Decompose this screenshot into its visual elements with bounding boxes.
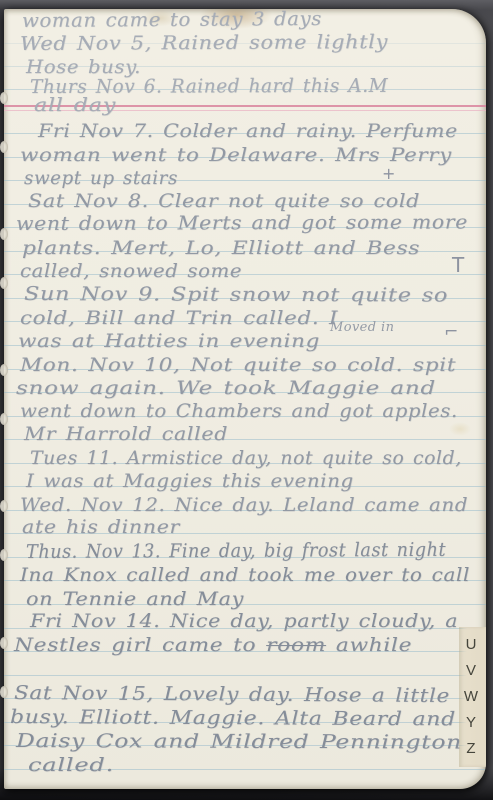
journal-line: swept up stairs (24, 167, 178, 189)
journal-line: busy. Elliott. Maggie. Alta Beard and (10, 706, 456, 730)
photo-backdrop: woman came to stay 3 daysWed Nov 5, Rain… (0, 0, 493, 800)
journal-line: snow again. We took Maggie and (16, 377, 436, 399)
struck-word: room (266, 634, 326, 656)
journal-line: all day (34, 94, 116, 116)
journal-line: went down to Chambers and got apples. (20, 400, 458, 422)
stitch-hole (0, 228, 8, 240)
stitch-hole (0, 637, 8, 649)
t-mark: T (452, 253, 464, 277)
diary-page: woman came to stay 3 daysWed Nov 5, Rain… (4, 9, 486, 789)
stitch-hole (0, 277, 8, 289)
journal-line: called. (28, 754, 114, 776)
journal-line: ate his dinner (22, 516, 180, 538)
thumb-index-letter-w: W (459, 688, 483, 705)
journal-line: called, snowed some (20, 260, 242, 282)
stitch-hole (0, 92, 8, 104)
journal-line: on Tennie and May (26, 588, 244, 610)
journal-line: I was at Maggies this evening (26, 470, 354, 492)
thumb-index-letter-y: Y (459, 714, 483, 731)
stitch-hole (0, 364, 8, 376)
journal-line: Fri Nov 7. Colder and rainy. Perfume (38, 120, 458, 142)
journal-line: was at Hatties in evening (18, 330, 320, 352)
thumb-index-letter-v: V (459, 662, 483, 679)
stitch-hole (0, 500, 8, 512)
journal-line: Ina Knox called and took me over to call (20, 564, 470, 586)
corner-mark: ⌐ (444, 322, 458, 342)
thumb-index-tab: UVWYZ (459, 627, 486, 767)
thumb-index-letter-u: U (459, 636, 483, 653)
journal-line: Nestles girl came to room awhile (14, 634, 412, 656)
journal-line: plants. Mert, Lo, Elliott and Bess (22, 237, 420, 259)
journal-line: Thus. Nov 13. Fine day, big frost last n… (26, 539, 446, 563)
rule-line (4, 675, 486, 676)
thumb-index-letter-z: Z (459, 740, 483, 757)
plus-mark: + (382, 164, 395, 183)
journal-line: Mr Harrold called (24, 423, 228, 445)
journal-line: woman went to Delaware. Mrs Perry (20, 144, 452, 166)
journal-line: woman came to stay 3 days (22, 9, 322, 32)
journal-line: Fri Nov 14. Nice day, partly cloudy, a (30, 610, 458, 632)
journal-line: Sat Nov 8. Clear not quite so cold (28, 190, 420, 212)
stitch-hole (0, 413, 8, 425)
stitch-hole (0, 686, 8, 698)
journal-line: Wed. Nov 12. Nice day. Leland came and (20, 494, 468, 516)
journal-line: Sun Nov 9. Spit snow not quite so (24, 283, 448, 306)
journal-line: Tues 11. Armistice day, not quite so col… (30, 447, 462, 469)
journal-line: Mon. Nov 10, Not quite so cold. spit (20, 354, 456, 376)
journal-line: Sat Nov 15, Lovely day. Hose a little (14, 682, 450, 707)
stitch-hole (0, 141, 8, 153)
journal-line: Daisy Cox and Mildred Pennington (16, 730, 462, 754)
interline-note-moved-in: Moved in (330, 320, 394, 335)
stitch-hole (0, 549, 8, 561)
journal-line: Wed Nov 5, Rained some lightly (20, 31, 388, 55)
journal-line: cold, Bill and Trin called. I (20, 307, 338, 329)
journal-line: went down to Merts and got some more (16, 211, 468, 235)
